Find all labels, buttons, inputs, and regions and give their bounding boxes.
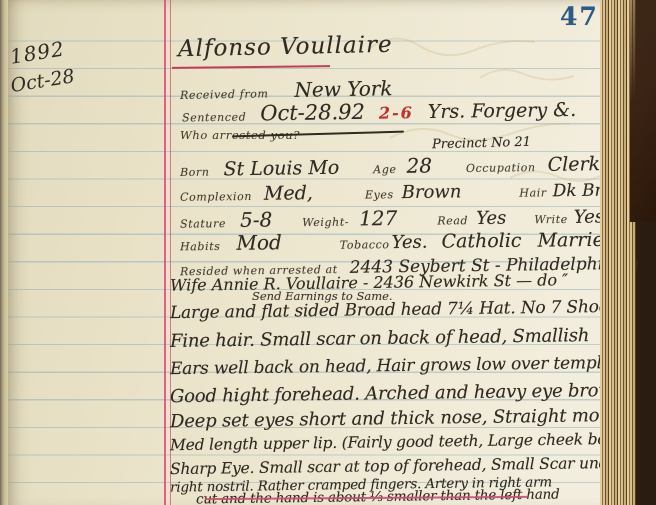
born-value: St Louis Mo	[223, 157, 339, 181]
write-label: Write	[534, 213, 568, 226]
eyes-value: Brown	[402, 181, 462, 203]
book-cover-dark-corner	[630, 0, 656, 222]
sentence-date: Oct-28.92	[260, 100, 365, 125]
complexion-value: Med,	[264, 182, 313, 205]
stature-value: 5-8	[240, 207, 273, 231]
habits-label: Habits	[180, 240, 221, 253]
age-label: Age	[373, 163, 396, 176]
tobacco-label: Tobacco	[340, 238, 390, 252]
weight-label: Weight-	[302, 216, 349, 230]
complexion-label: Complexion	[180, 190, 252, 204]
age-value: 28	[406, 153, 432, 177]
read-label: Read	[437, 214, 468, 227]
eyes-label: Eyes	[365, 188, 394, 201]
ledger-page-scan: 479 1892 Oct-28 Alfonso Voullaire Receiv…	[0, 0, 656, 505]
book-cover-cloth	[632, 222, 656, 505]
precinct-value: Precinct No 21	[432, 135, 531, 153]
left-page-edge	[0, 0, 8, 505]
tobacco-value: Yes.	[391, 232, 427, 253]
margin-date-block: 1892 Oct-28	[8, 36, 76, 97]
margin-rule-line	[164, 0, 166, 505]
religion-value: Catholic	[441, 230, 521, 253]
habits-value: Mod	[236, 230, 282, 254]
occupation-value: Clerk,	[547, 153, 606, 176]
hair-label: Hair	[519, 186, 546, 199]
read-value: Yes	[476, 208, 506, 229]
prisoner-name: Alfonso Voullaire	[178, 32, 393, 62]
born-label: Born	[180, 166, 210, 179]
stature-label: Stature	[180, 217, 226, 231]
sentenced-label: Sentenced	[182, 111, 246, 125]
received-value: New York	[294, 76, 392, 102]
occupation-label: Occupation	[466, 161, 536, 175]
sentence-term: 2-6	[379, 103, 414, 122]
habits-row: Habits Mod Tobacco Yes. Catholic Marrie'…	[180, 227, 621, 256]
received-label: Received from	[180, 87, 269, 102]
sentence-charge: Yrs. Forgery &.	[428, 99, 577, 123]
weight-value: 127	[359, 206, 397, 230]
